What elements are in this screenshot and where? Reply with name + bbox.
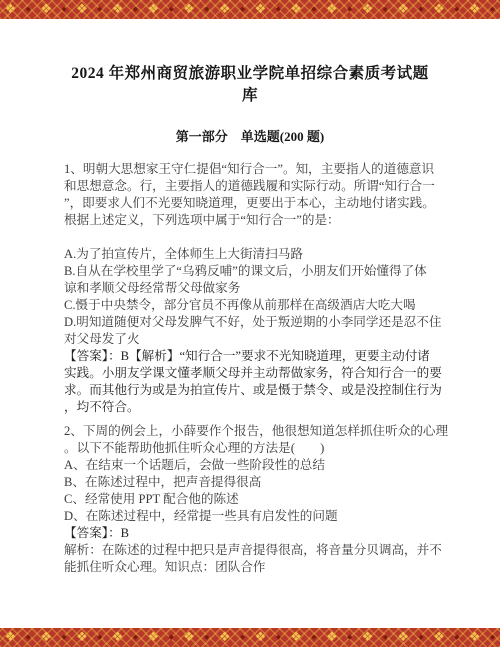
text-line: 解析：在陈述的过程中把只是声音提得很高，将音量分贝调高，并不 [64, 542, 436, 559]
document-page: 2024 年郑州商贸旅游职业学院单招综合素质考试题库 第一部分 单选题(200 … [64, 0, 436, 576]
text-line: A.为了拍宣传片，全体师生上大街清扫马路 [64, 246, 436, 263]
ribbon-knot-ornament-icon: ❖ [5, 0, 17, 19]
ribbon-knot-ornament-icon: ❖ [469, 0, 481, 19]
ribbon-diamond-accent-icon: ◆ [454, 0, 459, 19]
ribbon-diamond-accent-icon: ◆ [97, 628, 102, 647]
text-line: 根据上述定义，下列选项中属于“知行合一”的是： [64, 212, 436, 229]
question-2-answer_lines: 【答案】：B [64, 525, 436, 542]
ribbon-knot-ornament-icon: ❖ [362, 628, 374, 647]
question-2-option_lines: A、在结束一个话题后，会做一些阶段性的总结B、在陈述过程中，把声音提得很高C、经… [64, 457, 436, 525]
text-line: D、在陈述过程中，经常提一些具有启发性的问题 [64, 508, 436, 525]
text-line: 1、明朝大思想家王守仁提倡“知行合一”。知，主要指人的道德意识 [64, 161, 436, 178]
ribbon-knot-ornament-icon: ❖ [469, 628, 481, 647]
ribbon-knot-ornament-icon: ❖ [326, 628, 338, 647]
question-1-answer_lines: 【答案】：B【解析】“知行合一”要求不光知晓道理，更要主动付诸实践。小朋友学课文… [64, 348, 436, 416]
ribbon-diamond-accent-icon: ◆ [26, 0, 31, 19]
ribbon-knot-ornament-icon: ❖ [76, 628, 88, 647]
text-line: B、在陈述过程中，把声音提得很高 [64, 474, 436, 491]
ribbon-knot-ornament-icon: ❖ [147, 628, 159, 647]
ribbon-diamond-accent-icon: ◆ [490, 628, 495, 647]
ribbon-diamond-accent-icon: ◆ [347, 628, 352, 647]
ribbon-knot-ornament-icon: ❖ [290, 628, 302, 647]
text-line: 。以下不能帮助他抓住听众心理的方法是( ) [64, 440, 436, 457]
ribbon-knot-ornament-icon: ❖ [397, 628, 409, 647]
text-line: D.明知道随便对父母发脾气不好，处于叛逆期的小李同学还是忍不住 [64, 314, 436, 331]
ribbon-knot-ornament-icon: ❖ [40, 628, 52, 647]
text-line: 谅和孝顺父母经常帮父母做家务 [64, 280, 436, 297]
ribbon-knot-ornament-icon: ❖ [183, 628, 195, 647]
text-line: C.慑于中央禁令，部分官员不再像从前那样在高级酒店大吃大喝 [64, 297, 436, 314]
text-line: ，均不符合。 [64, 399, 436, 416]
question-1-option_lines: A.为了拍宣传片，全体师生上大街清扫马路B.自从在学校里学了“乌鸦反哺”的课文后… [64, 246, 436, 348]
ribbon-diamond-accent-icon: ◆ [276, 628, 281, 647]
ribbon-knot-ornament-icon: ❖ [255, 628, 267, 647]
ribbon-diamond-accent-icon: ◆ [204, 628, 209, 647]
text-line: 和思想意念。行，主要指人的道德践履和实际行动。所谓“知行合一 [64, 178, 436, 195]
text-line: 【答案】：B [64, 525, 436, 542]
document-title: 2024 年郑州商贸旅游职业学院单招综合素质考试题库 [64, 63, 436, 107]
text-line: 能抓住听众心理。知识点：团队合作 [64, 559, 436, 576]
ribbon-diamond-accent-icon: ◆ [383, 628, 388, 647]
ribbon-knot-ornament-icon: ❖ [433, 628, 445, 647]
text-line: C、经常使用 PPT 配合他的陈述 [64, 491, 436, 508]
text-line: 求。而其他行为或是为拍宣传片、或是慑于禁令、或是没控制住行为 [64, 382, 436, 399]
ribbon-knot-ornament-icon: ❖ [5, 628, 17, 647]
ribbon-diamond-accent-icon: ◆ [168, 628, 173, 647]
question-1-stem_lines: 1、明朝大思想家王守仁提倡“知行合一”。知，主要指人的道德意识和思想意念。行，主… [64, 161, 436, 229]
text-line: 【答案】：B【解析】“知行合一”要求不光知晓道理，更要主动付诸 [64, 348, 436, 365]
text-line: ”，即要求人们不光要知晓道理，更要出于本心，主动地付诸实践。 [64, 195, 436, 212]
text-line: 2、下周的例会上，小薛要作个报告，他很想知道怎样抓住听众的心理 [64, 423, 436, 440]
text-line: 实践。小朋友学课文懂孝顺父母并主动帮做家务，符合知行合一的要 [64, 365, 436, 382]
section-heading: 第一部分 单选题(200 题) [64, 128, 436, 146]
text-line: A、在结束一个话题后，会做一些阶段性的总结 [64, 457, 436, 474]
bottom-decorative-border: ❖◆❖◆❖◆❖◆❖◆❖◆❖◆❖◆❖◆❖◆❖◆❖◆❖◆❖◆ [0, 628, 500, 647]
ribbon-knot-ornament-icon: ❖ [112, 628, 124, 647]
ribbon-knot-ornament-icon: ❖ [40, 0, 52, 19]
ribbon-diamond-accent-icon: ◆ [454, 628, 459, 647]
ribbon-knot-ornament-icon: ❖ [219, 628, 231, 647]
text-line: B.自从在学校里学了“乌鸦反哺”的课文后，小朋友们开始懂得了体 [64, 263, 436, 280]
ribbon-diamond-accent-icon: ◆ [418, 628, 423, 647]
document-body: 1、明朝大思想家王守仁提倡“知行合一”。知，主要指人的道德意识和思想意念。行，主… [64, 161, 436, 576]
ribbon-diamond-accent-icon: ◆ [490, 0, 495, 19]
question-2-stem_lines: 2、下周的例会上，小薛要作个报告，他很想知道怎样抓住听众的心理。以下不能帮助他抓… [64, 423, 436, 457]
ribbon-diamond-accent-icon: ◆ [26, 628, 31, 647]
ribbon-diamond-accent-icon: ◆ [61, 628, 66, 647]
ribbon-diamond-accent-icon: ◆ [133, 628, 138, 647]
ribbon-diamond-accent-icon: ◆ [311, 628, 316, 647]
ribbon-diamond-accent-icon: ◆ [240, 628, 245, 647]
question-2-analysis_lines: 解析：在陈述的过程中把只是声音提得很高，将音量分贝调高，并不能抓住听众心理。知识… [64, 542, 436, 576]
text-line: 对父母发了火 [64, 331, 436, 348]
